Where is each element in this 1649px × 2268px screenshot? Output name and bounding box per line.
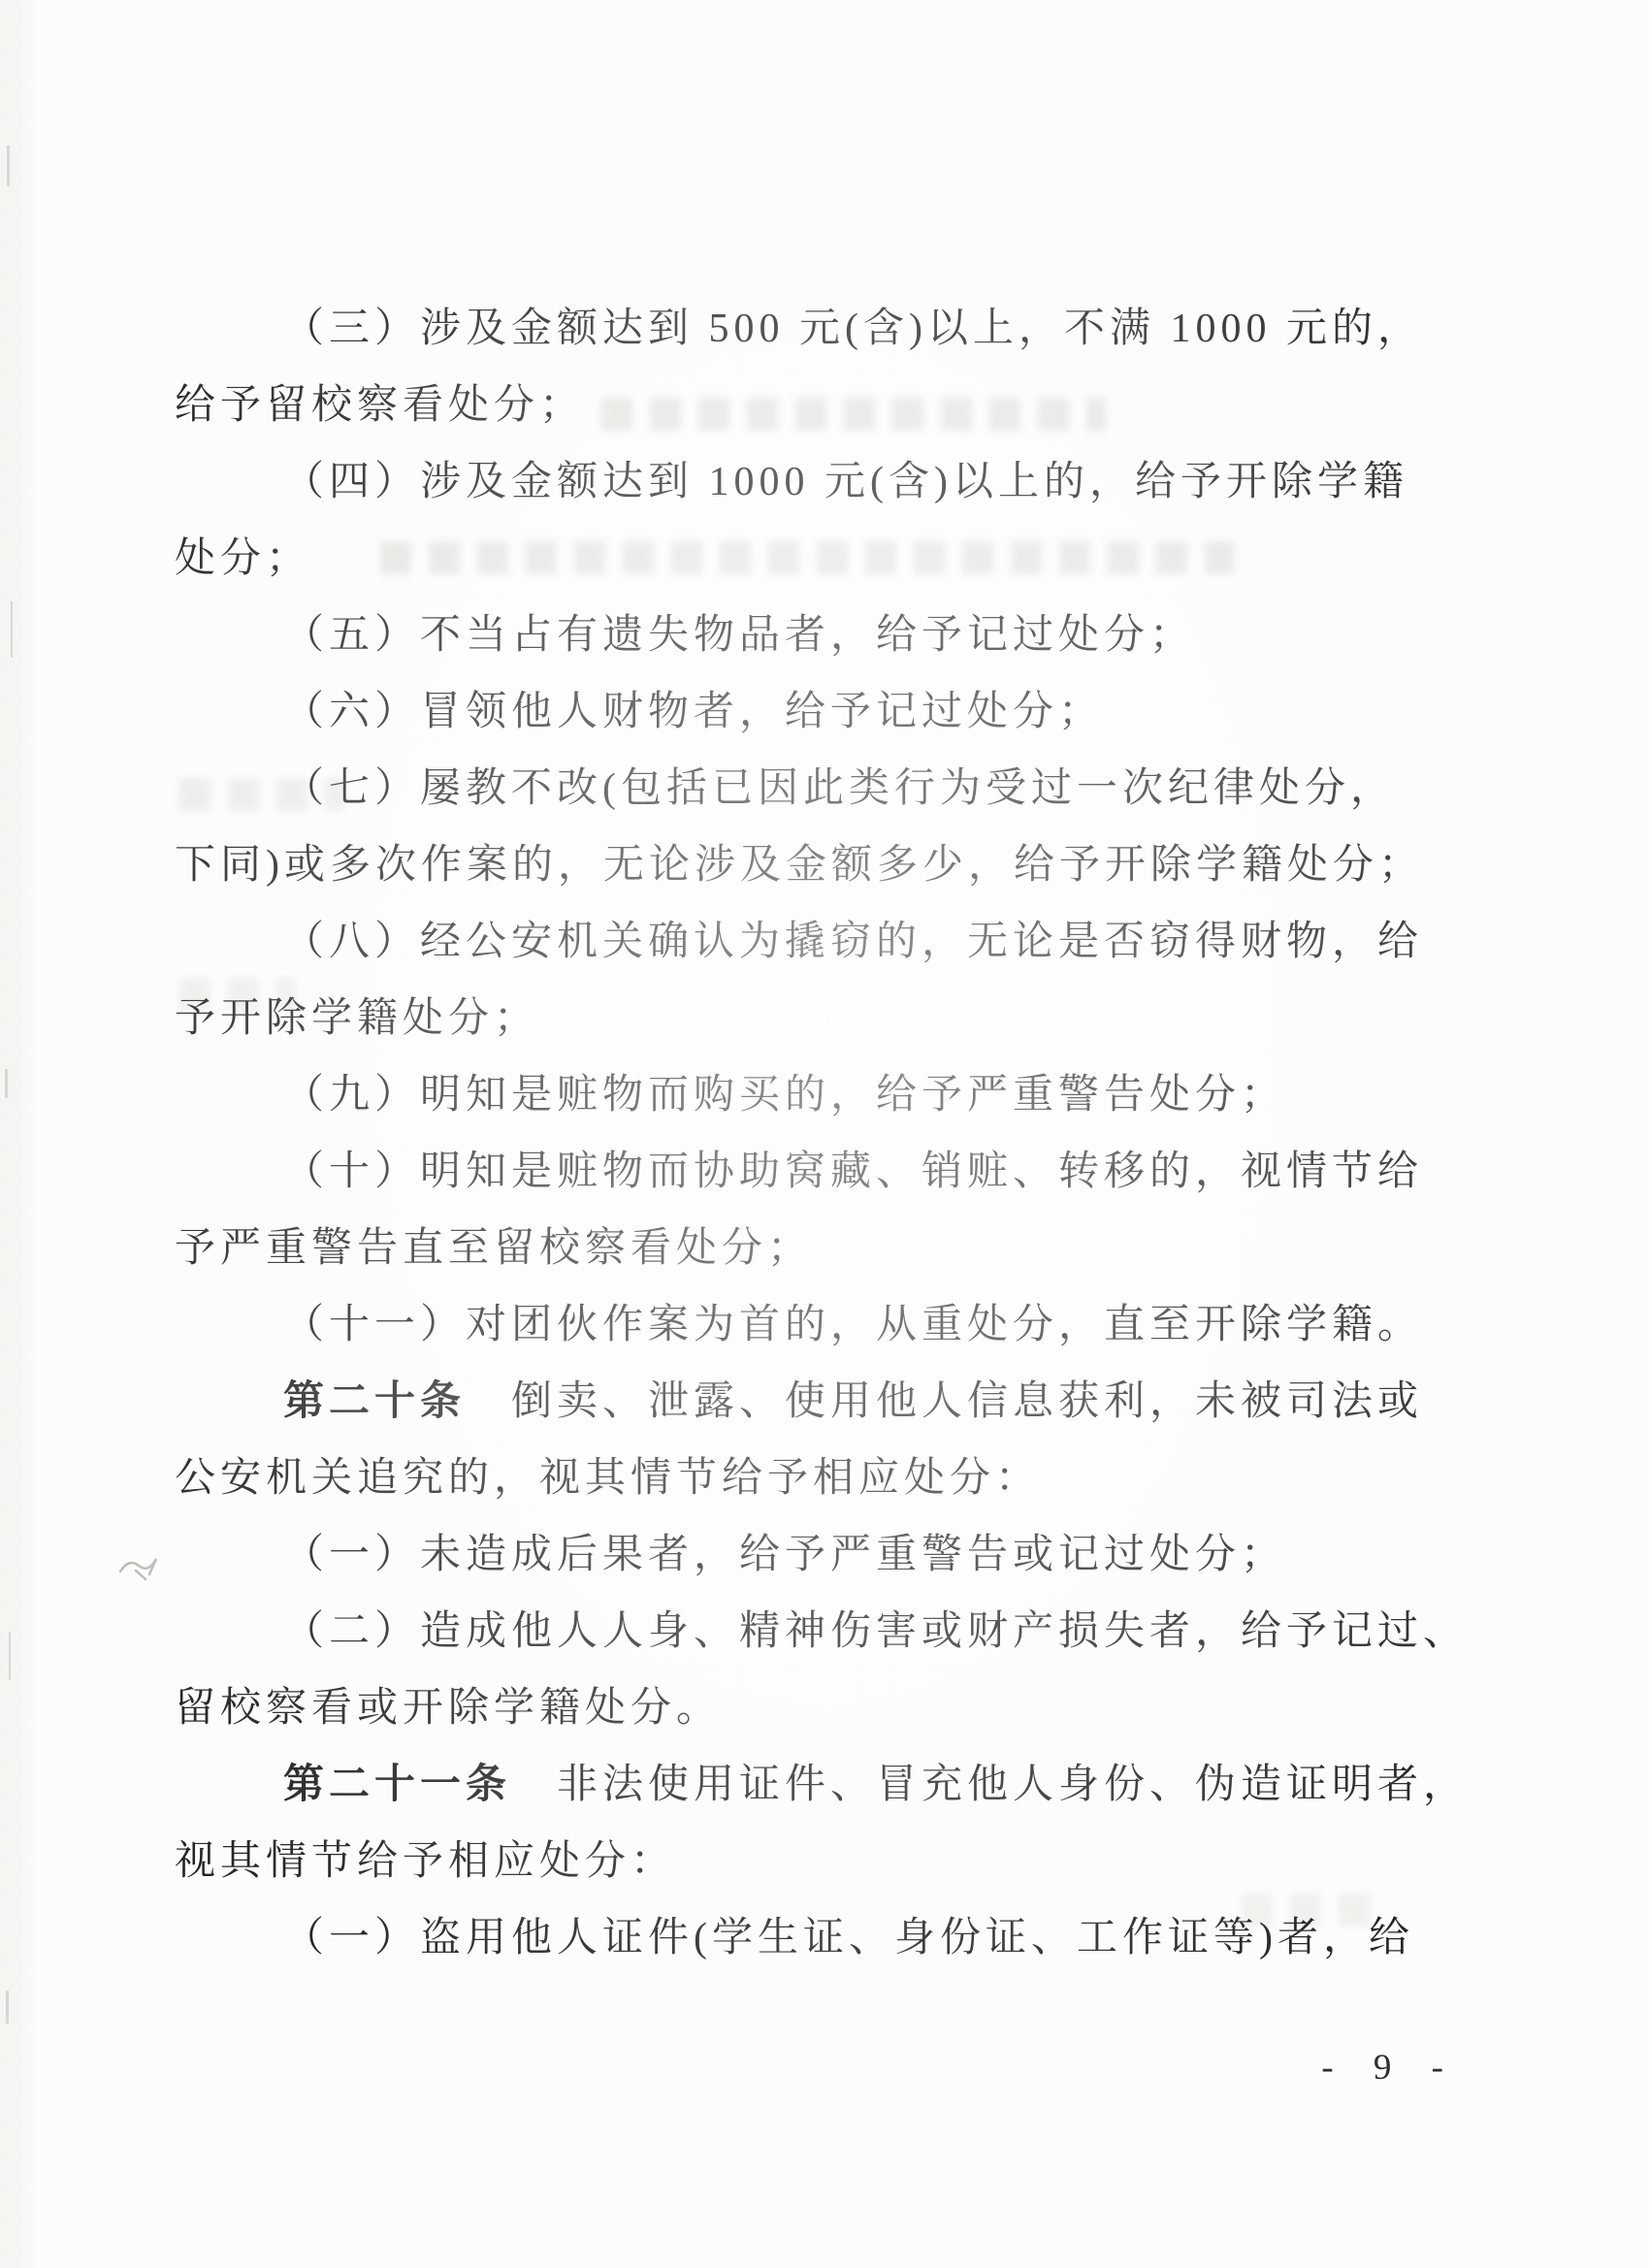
article-number-label: 第二十一条	[283, 1763, 511, 1807]
text-segment: 予严重警告直至留校察看处分；	[175, 1226, 813, 1271]
document-lines: （三）涉及金额达到 500 元(含)以上，不满 1000 元的，给予留校察看处分…	[175, 291, 1494, 1977]
text-line: （三）涉及金额达到 500 元(含)以上，不满 1000 元的，	[175, 291, 1494, 368]
text-line: （一）未造成后果者，给予严重警告或记过处分；	[175, 1517, 1494, 1594]
pencil-mark	[114, 1548, 173, 1599]
text-segment: 处分；	[175, 536, 311, 581]
text-line: （十）明知是赃物而协助窝藏、销赃、转移的，视情节给	[175, 1134, 1494, 1211]
text-segment: （四）涉及金额达到 1000 元(含)以上的，给予开除学籍	[283, 460, 1408, 504]
text-line: （六）冒领他人财物者，给予记过处分；	[175, 674, 1494, 751]
text-segment: （八）经公安机关确认为撬窃的，无论是否窃得财物，给	[283, 920, 1423, 964]
text-line: （十一）对团伙作案为首的，从重处分，直至开除学籍。	[175, 1287, 1494, 1364]
page-number: - 9 -	[1321, 2049, 1459, 2088]
text-line: （九）明知是赃物而购买的，给予严重警告处分；	[175, 1057, 1494, 1134]
text-line: 处分；	[175, 521, 1494, 598]
scan-edge-artifact	[6, 1991, 9, 2024]
text-line: 公安机关追究的，视其情节给予相应处分：	[175, 1441, 1494, 1517]
article-number-label: 第二十条	[283, 1379, 466, 1424]
text-line: （七）屡教不改(包括已因此类行为受过一次纪律处分，	[175, 751, 1494, 827]
text-segment: （五）不当占有遗失物品者，给予记过处分；	[283, 613, 1195, 658]
text-segment: 视其情节给予相应处分：	[175, 1839, 676, 1884]
text-segment: 予开除学籍处分；	[175, 996, 539, 1041]
text-line: 给予留校察看处分；	[175, 368, 1494, 444]
text-segment: （一）盗用他人证件(学生证、身份证、工作证等)者，给	[283, 1916, 1414, 1960]
text-segment: （三）涉及金额达到 500 元(含)以上，不满 1000 元的，	[283, 307, 1423, 351]
scan-edge-artifact	[9, 1632, 11, 1680]
text-line: 视其情节给予相应处分：	[175, 1824, 1494, 1900]
scan-edge-artifact	[5, 1069, 8, 1098]
text-line: 第二十一条 非法使用证件、冒充他人身份、伪造证明者，	[175, 1747, 1494, 1824]
text-line: 予严重警告直至留校察看处分；	[175, 1211, 1494, 1287]
text-segment: （九）明知是赃物而购买的，给予严重警告处分；	[283, 1073, 1286, 1118]
scan-edge-artifact	[11, 601, 13, 658]
text-segment: （一）未造成后果者，给予严重警告或记过处分；	[283, 1533, 1286, 1577]
text-segment: （二）造成他人人身、精神伤害或财产损失者，给予记过、	[283, 1609, 1469, 1654]
text-segment: 非法使用证件、冒充他人身份、伪造证明者，	[511, 1763, 1469, 1807]
text-segment: 公安机关追究的，视其情节给予相应处分：	[175, 1456, 1041, 1501]
text-line: 第二十条 倒卖、泄露、使用他人信息获利，未被司法或	[175, 1364, 1494, 1441]
text-line: （四）涉及金额达到 1000 元(含)以上的，给予开除学籍	[175, 444, 1494, 521]
text-line: （一）盗用他人证件(学生证、身份证、工作证等)者，给	[175, 1900, 1494, 1977]
text-segment: （十）明知是赃物而协助窝藏、销赃、转移的，视情节给	[283, 1150, 1423, 1194]
scanned-document-page: （三）涉及金额达到 500 元(含)以上，不满 1000 元的，给予留校察看处分…	[0, 0, 1649, 2268]
text-segment: （十一）对团伙作案为首的，从重处分，直至开除学籍。	[283, 1303, 1423, 1347]
text-line: （二）造成他人人身、精神伤害或财产损失者，给予记过、	[175, 1594, 1494, 1670]
text-segment: （七）屡教不改(包括已因此类行为受过一次纪律处分，	[283, 766, 1396, 811]
scan-edge-artifact	[7, 146, 10, 186]
text-line: 留校察看或开除学籍处分。	[175, 1670, 1494, 1747]
text-segment: 下同)或多次作案的，无论涉及金额多少，给予开除学籍处分；	[175, 843, 1424, 888]
text-segment: （六）冒领他人财物者，给予记过处分；	[283, 690, 1104, 734]
text-segment: 留校察看或开除学籍处分。	[175, 1686, 722, 1731]
text-segment: 倒卖、泄露、使用他人信息获利，未被司法或	[466, 1379, 1423, 1424]
text-line: （八）经公安机关确认为撬窃的，无论是否窃得财物，给	[175, 904, 1494, 981]
text-line: （五）不当占有遗失物品者，给予记过处分；	[175, 598, 1494, 674]
text-line: 下同)或多次作案的，无论涉及金额多少，给予开除学籍处分；	[175, 827, 1494, 904]
text-segment: 给予留校察看处分；	[175, 383, 585, 428]
text-line: 予开除学籍处分；	[175, 981, 1494, 1057]
